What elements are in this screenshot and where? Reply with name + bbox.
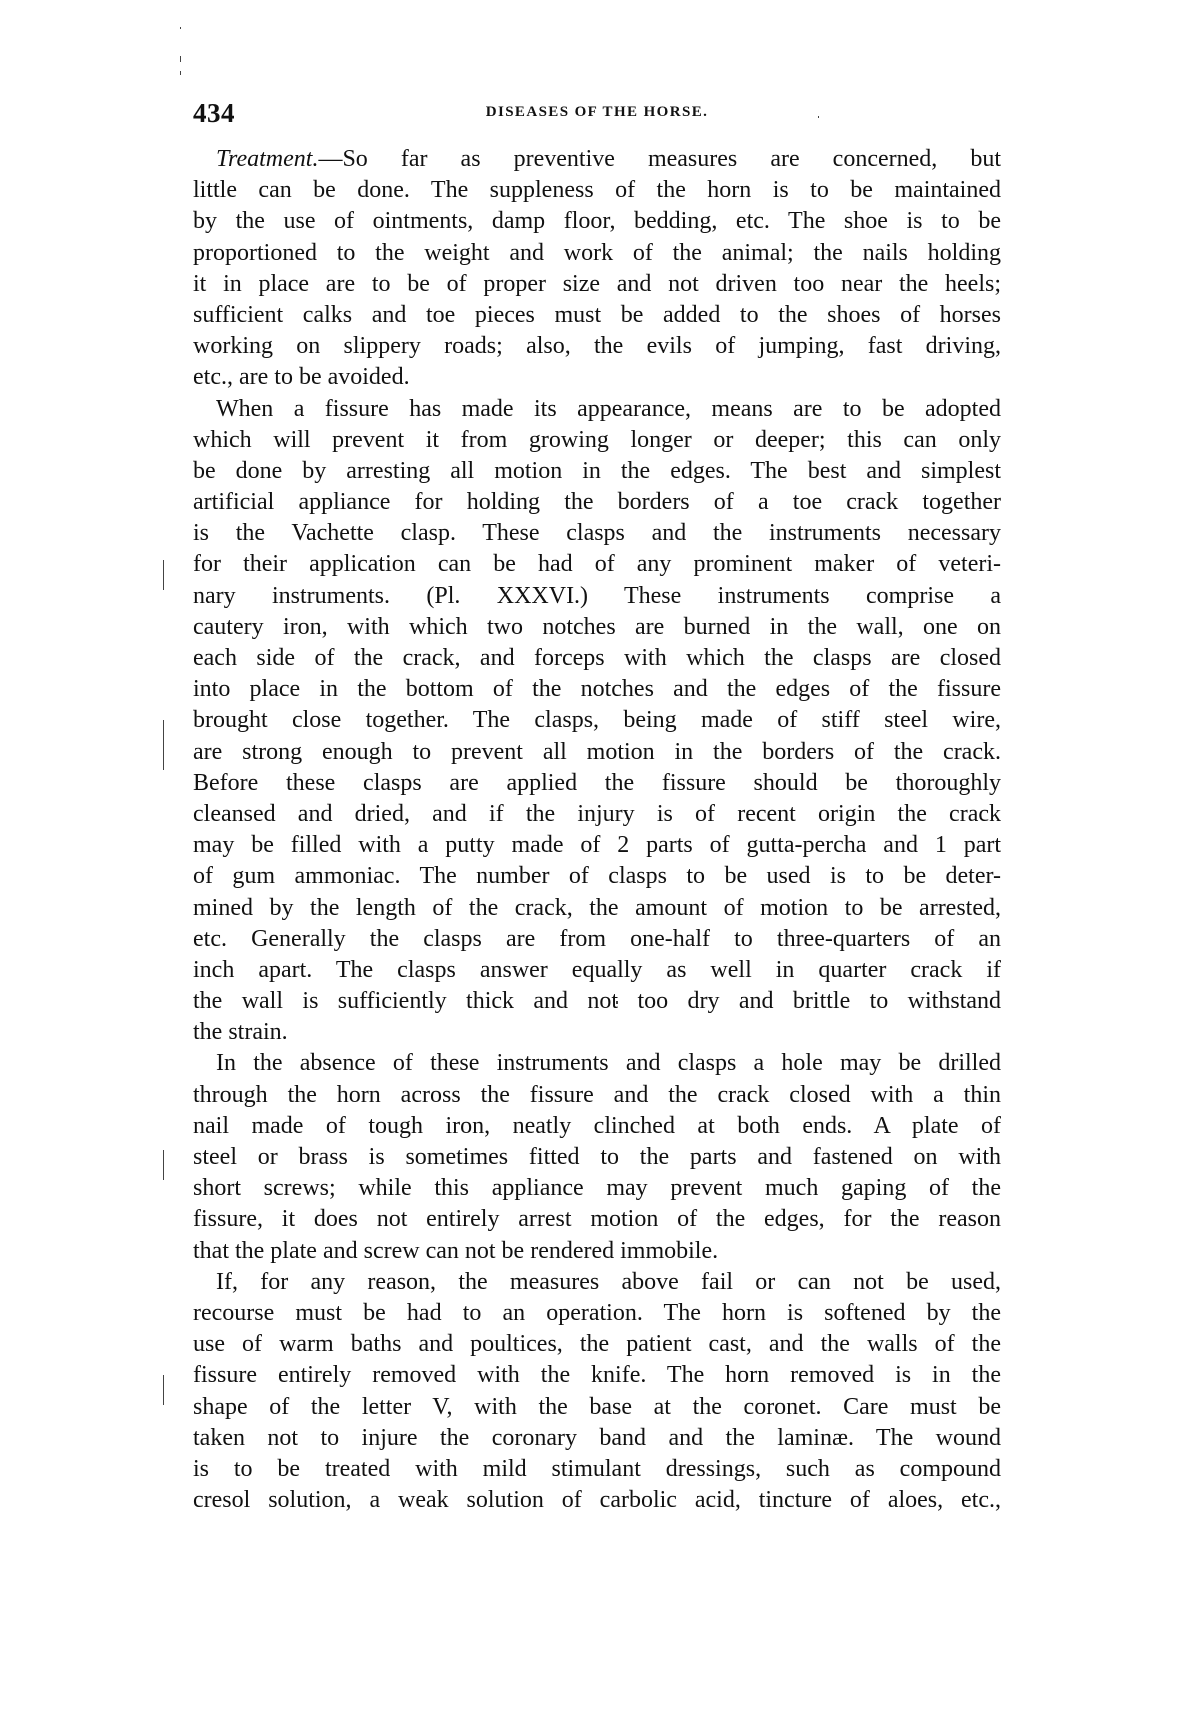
scan-artifact bbox=[180, 27, 181, 29]
scan-artifact bbox=[180, 71, 181, 75]
text-line: the wall is sufficiently thick and not t… bbox=[193, 986, 1001, 1017]
text-line: In the absence of these instruments and … bbox=[193, 1048, 1001, 1079]
text-line: recourse must be had to an operation. Th… bbox=[193, 1298, 1001, 1329]
text-line: If, for any reason, the measures above f… bbox=[193, 1267, 1001, 1298]
text-line: for their application can be had of any … bbox=[193, 549, 1001, 580]
text-line: working on slippery roads; also, the evi… bbox=[193, 331, 1001, 362]
text-line: is the Vachette clasp. These clasps and … bbox=[193, 518, 1001, 549]
text-line: steel or brass is sometimes fitted to th… bbox=[193, 1142, 1001, 1173]
paragraph-vachette-clasp: When a fissure has made its appearance, … bbox=[193, 394, 1001, 1049]
text-line: it in place are to be of proper size and… bbox=[193, 269, 1001, 300]
text-line: cautery iron, with which two notches are… bbox=[193, 612, 1001, 643]
text-line: be done by arresting all motion in the e… bbox=[193, 456, 1001, 487]
body-text: Treatment.—So far as preventive measures… bbox=[193, 144, 1001, 1516]
text-line: into place in the bottom of the notches … bbox=[193, 674, 1001, 705]
text-line: cleansed and dried, and if the injury is… bbox=[193, 799, 1001, 830]
running-head: 434 DISEASES OF THE HORSE. bbox=[193, 98, 1001, 130]
paragraph-treatment: Treatment.—So far as preventive measures… bbox=[193, 144, 1001, 394]
paragraph-operation: If, for any reason, the measures above f… bbox=[193, 1267, 1001, 1517]
text-line: is to be treated with mild stimulant dre… bbox=[193, 1454, 1001, 1485]
text-line: that the plate and screw can not be rend… bbox=[193, 1236, 1001, 1267]
text-line: use of warm baths and poultices, the pat… bbox=[193, 1329, 1001, 1360]
section-heading-treatment: Treatment. bbox=[216, 146, 318, 172]
running-title: DISEASES OF THE HORSE. bbox=[193, 104, 1001, 121]
text-line: etc., are to be avoided. bbox=[193, 362, 1001, 393]
text-line: nail made of tough iron, neatly clinched… bbox=[193, 1111, 1001, 1142]
text-line: short screws; while this appliance may p… bbox=[193, 1173, 1001, 1204]
text-line: nary instruments. (Pl. XXXVI.) These ins… bbox=[193, 581, 1001, 612]
text-line: fissure entirely removed with the knife.… bbox=[193, 1360, 1001, 1391]
text-line: shape of the letter V, with the base at … bbox=[193, 1392, 1001, 1423]
scan-artifact bbox=[818, 116, 819, 118]
text-line: are strong enough to prevent all motion … bbox=[193, 737, 1001, 768]
scan-artifact bbox=[163, 720, 164, 770]
scan-artifact bbox=[616, 1001, 618, 1004]
text-line: through the horn across the fissure and … bbox=[193, 1080, 1001, 1111]
text-line: may be filled with a putty made of 2 par… bbox=[193, 830, 1001, 861]
text-line: which will prevent it from growing longe… bbox=[193, 425, 1001, 456]
text-line: proportioned to the weight and work of t… bbox=[193, 238, 1001, 269]
text-line: When a fissure has made its appearance, … bbox=[193, 394, 1001, 425]
scan-artifact bbox=[163, 1150, 164, 1180]
text-line: etc. Generally the clasps are from one-h… bbox=[193, 924, 1001, 955]
text-line: by the use of ointments, damp floor, bed… bbox=[193, 206, 1001, 237]
text-line: little can be done. The suppleness of th… bbox=[193, 175, 1001, 206]
text-line: fissure, it does not entirely arrest mot… bbox=[193, 1204, 1001, 1235]
text-line: Treatment.—So far as preventive measures… bbox=[193, 144, 1001, 175]
paragraph-drilled-hole: In the absence of these instruments and … bbox=[193, 1048, 1001, 1266]
scanned-book-page: 434 DISEASES OF THE HORSE. Treatment.—So… bbox=[0, 0, 1200, 1720]
text-line: the strain. bbox=[193, 1017, 1001, 1048]
text-line: sufficient calks and toe pieces must be … bbox=[193, 300, 1001, 331]
scan-artifact bbox=[163, 560, 164, 590]
text-line: taken not to injure the coronary band an… bbox=[193, 1423, 1001, 1454]
text-line: brought close together. The clasps, bein… bbox=[193, 705, 1001, 736]
text-line: mined by the length of the crack, the am… bbox=[193, 893, 1001, 924]
text-line: of gum ammoniac. The number of clasps to… bbox=[193, 861, 1001, 892]
text-line: cresol solution, a weak solution of carb… bbox=[193, 1485, 1001, 1516]
text-line: Before these clasps are applied the fiss… bbox=[193, 768, 1001, 799]
text-line: artificial appliance for holding the bor… bbox=[193, 487, 1001, 518]
scan-artifact bbox=[163, 1375, 164, 1405]
text-line: each side of the crack, and forceps with… bbox=[193, 643, 1001, 674]
text-line: inch apart. The clasps answer equally as… bbox=[193, 955, 1001, 986]
scan-artifact bbox=[180, 56, 181, 62]
